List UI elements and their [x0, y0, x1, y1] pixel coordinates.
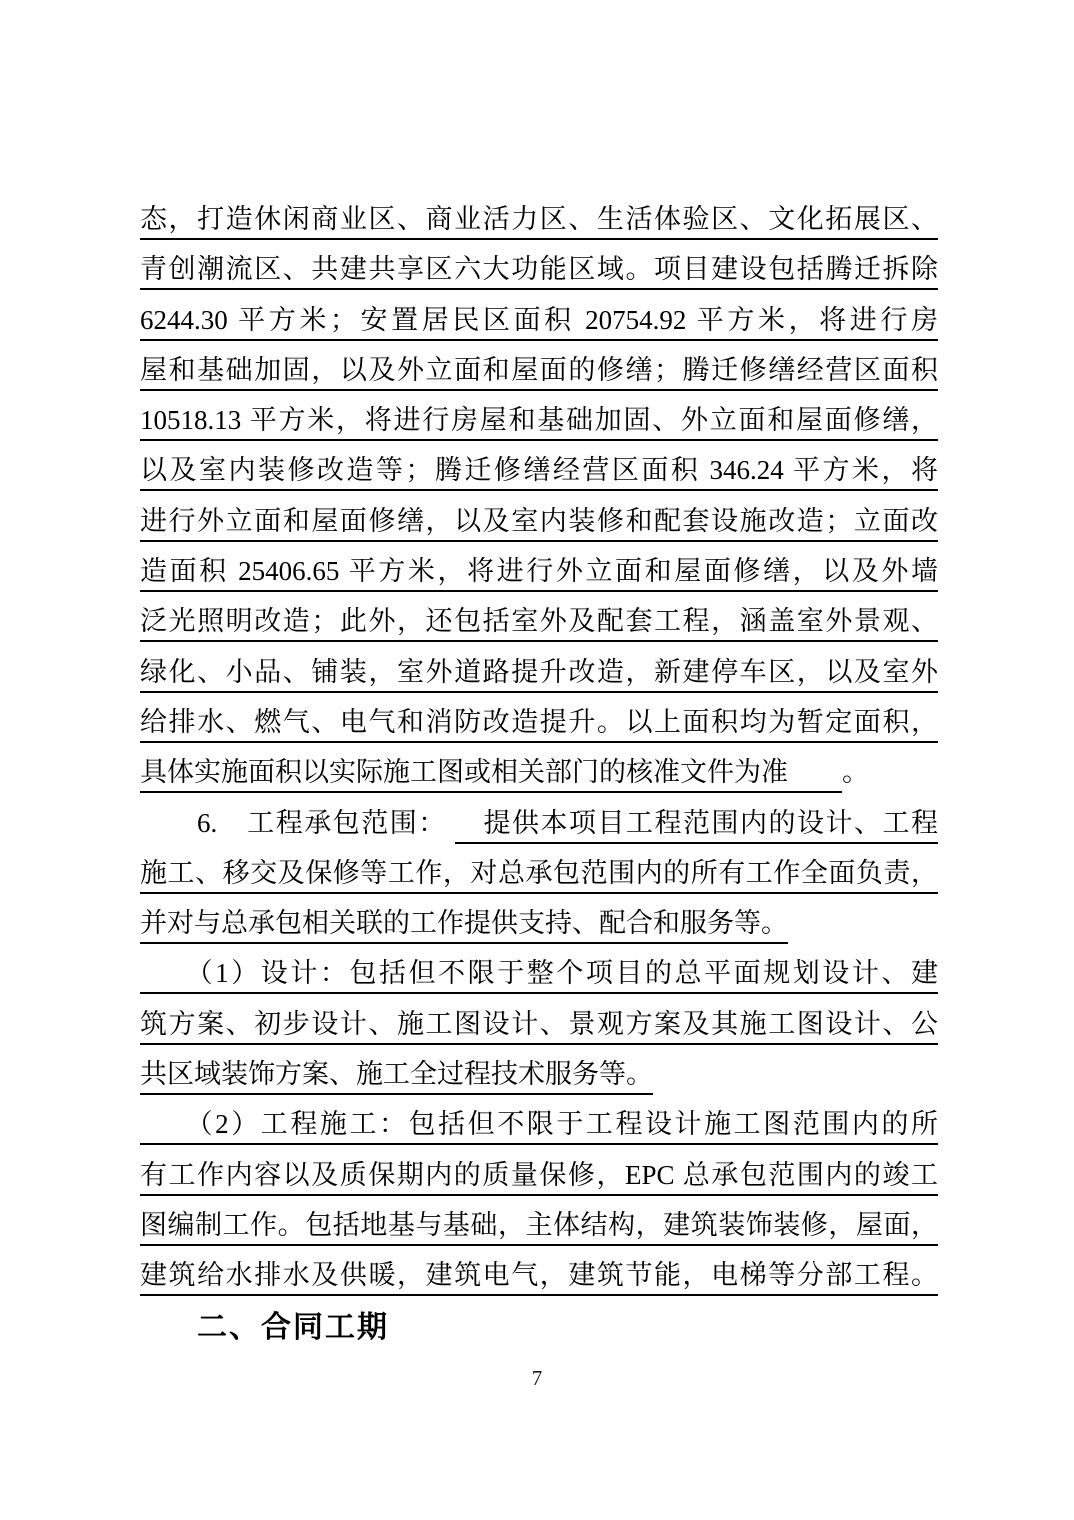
text-line: 6244.30 平方米；安置居民区面积 20754.92 平方米，将进行房 [140, 295, 938, 345]
section-heading: 二、合同工期 [140, 1306, 938, 1350]
text-line: 并对与总承包相关联的工作提供支持、配合和服务等。 [140, 898, 938, 948]
underlined-text: 共区域装饰方案、施工全过程技术服务等。 [140, 1059, 653, 1089]
text-line: 共区域装饰方案、施工全过程技术服务等。 [140, 1049, 938, 1099]
text-line: 图编制工作。包括地基与基础，主体结构，建筑装饰装修，屋面， [140, 1200, 938, 1250]
text-line: 具体实施面积以实际施工图或相关部门的核准文件为准 。 [140, 747, 938, 797]
underlined-text: 施工、移交及保修等工作，对总承包范围内的所有工作全面负责， [140, 858, 938, 888]
text-line: 以及室内装修改造等；腾迁修缮经营区面积 346.24 平方米，将 [140, 445, 938, 495]
underlined-text: 进行外立面和屋面修缮，以及室内装修和配套设施改造；立面改 [140, 506, 938, 536]
text-line: 态，打造休闲商业区、商业活力区、生活体验区、文化拓展区、 [140, 194, 938, 244]
text-line: 进行外立面和屋面修缮，以及室内装修和配套设施改造；立面改 [140, 496, 938, 546]
text-line: （1）设计：包括但不限于整个项目的总平面规划设计、建 [140, 948, 938, 998]
underlined-text: 屋和基础加固，以及外立面和屋面的修缮；腾迁修缮经营区面积 [140, 355, 938, 385]
document-page: 态，打造休闲商业区、商业活力区、生活体验区、文化拓展区、青创潮流区、共建共享区六… [0, 0, 1074, 1520]
text-line: （2）工程施工：包括但不限于工程设计施工图范围内的所 [140, 1099, 938, 1149]
underlined-text: 并对与总承包相关联的工作提供支持、配合和服务等。 [140, 908, 788, 938]
text-line: 泛光照明改造；此外，还包括室外及配套工程，涵盖室外景观、 [140, 596, 938, 646]
underlined-text: 10518.13 平方米，将进行房屋和基础加固、外立面和屋面修缮， [140, 405, 938, 435]
underlined-text: 图编制工作。包括地基与基础，主体结构，建筑装饰装修，屋面， [140, 1210, 938, 1240]
underlined-text: （1）设计：包括但不限于整个项目的总平面规划设计、建 [140, 958, 938, 988]
plain-text: 。 [842, 757, 869, 787]
underlined-text: 有工作内容以及质保期内的质量保修，EPC 总承包范围内的竣工 [140, 1160, 938, 1190]
text-line: 建筑给水排水及供暖，建筑电气，建筑节能，电梯等分部工程。 [140, 1250, 938, 1300]
underlined-text: 给排水、燃气、电气和消防改造提升。以上面积均为暂定面积， [140, 707, 938, 737]
text-line: 筑方案、初步设计、施工图设计、景观方案及其施工图设计、公 [140, 999, 938, 1049]
plain-text: 6. 工程承包范围： [140, 808, 455, 838]
underlined-text: 具体实施面积以实际施工图或相关部门的核准文件为准 [140, 757, 842, 787]
text-line: 造面积 25406.65 平方米，将进行外立面和屋面修缮，以及外墙 [140, 546, 938, 596]
text-line: 10518.13 平方米，将进行房屋和基础加固、外立面和屋面修缮， [140, 395, 938, 445]
text-line: 有工作内容以及质保期内的质量保修，EPC 总承包范围内的竣工 [140, 1150, 938, 1200]
underlined-text: 泛光照明改造；此外，还包括室外及配套工程，涵盖室外景观、 [140, 606, 938, 636]
underlined-text: 造面积 25406.65 平方米，将进行外立面和屋面修缮，以及外墙 [140, 556, 938, 586]
text-line: 绿化、小品、铺装，室外道路提升改造，新建停车区，以及室外 [140, 647, 938, 697]
underlined-text: 提供本项目工程范围内的设计、工程 [455, 808, 938, 838]
text-line: 给排水、燃气、电气和消防改造提升。以上面积均为暂定面积， [140, 697, 938, 747]
body-text: 态，打造休闲商业区、商业活力区、生活体验区、文化拓展区、青创潮流区、共建共享区六… [140, 194, 938, 1301]
underlined-text: （2）工程施工：包括但不限于工程设计施工图范围内的所 [140, 1109, 938, 1139]
text-line: 屋和基础加固，以及外立面和屋面的修缮；腾迁修缮经营区面积 [140, 345, 938, 395]
underlined-text: 建筑给水排水及供暖，建筑电气，建筑节能，电梯等分部工程。 [140, 1260, 938, 1290]
page-number: 7 [0, 1366, 1074, 1391]
text-line: 施工、移交及保修等工作，对总承包范围内的所有工作全面负责， [140, 848, 938, 898]
underlined-text: 态，打造休闲商业区、商业活力区、生活体验区、文化拓展区、 [140, 204, 938, 234]
text-line: 青创潮流区、共建共享区六大功能区域。项目建设包括腾迁拆除 [140, 244, 938, 294]
underlined-text: 以及室内装修改造等；腾迁修缮经营区面积 346.24 平方米，将 [140, 455, 938, 485]
underlined-text: 青创潮流区、共建共享区六大功能区域。项目建设包括腾迁拆除 [140, 254, 938, 284]
underlined-text: 6244.30 平方米；安置居民区面积 20754.92 平方米，将进行房 [140, 305, 938, 335]
underlined-text: 绿化、小品、铺装，室外道路提升改造，新建停车区，以及室外 [140, 657, 938, 687]
underlined-text: 筑方案、初步设计、施工图设计、景观方案及其施工图设计、公 [140, 1009, 938, 1039]
text-line: 6. 工程承包范围： 提供本项目工程范围内的设计、工程 [140, 798, 938, 848]
